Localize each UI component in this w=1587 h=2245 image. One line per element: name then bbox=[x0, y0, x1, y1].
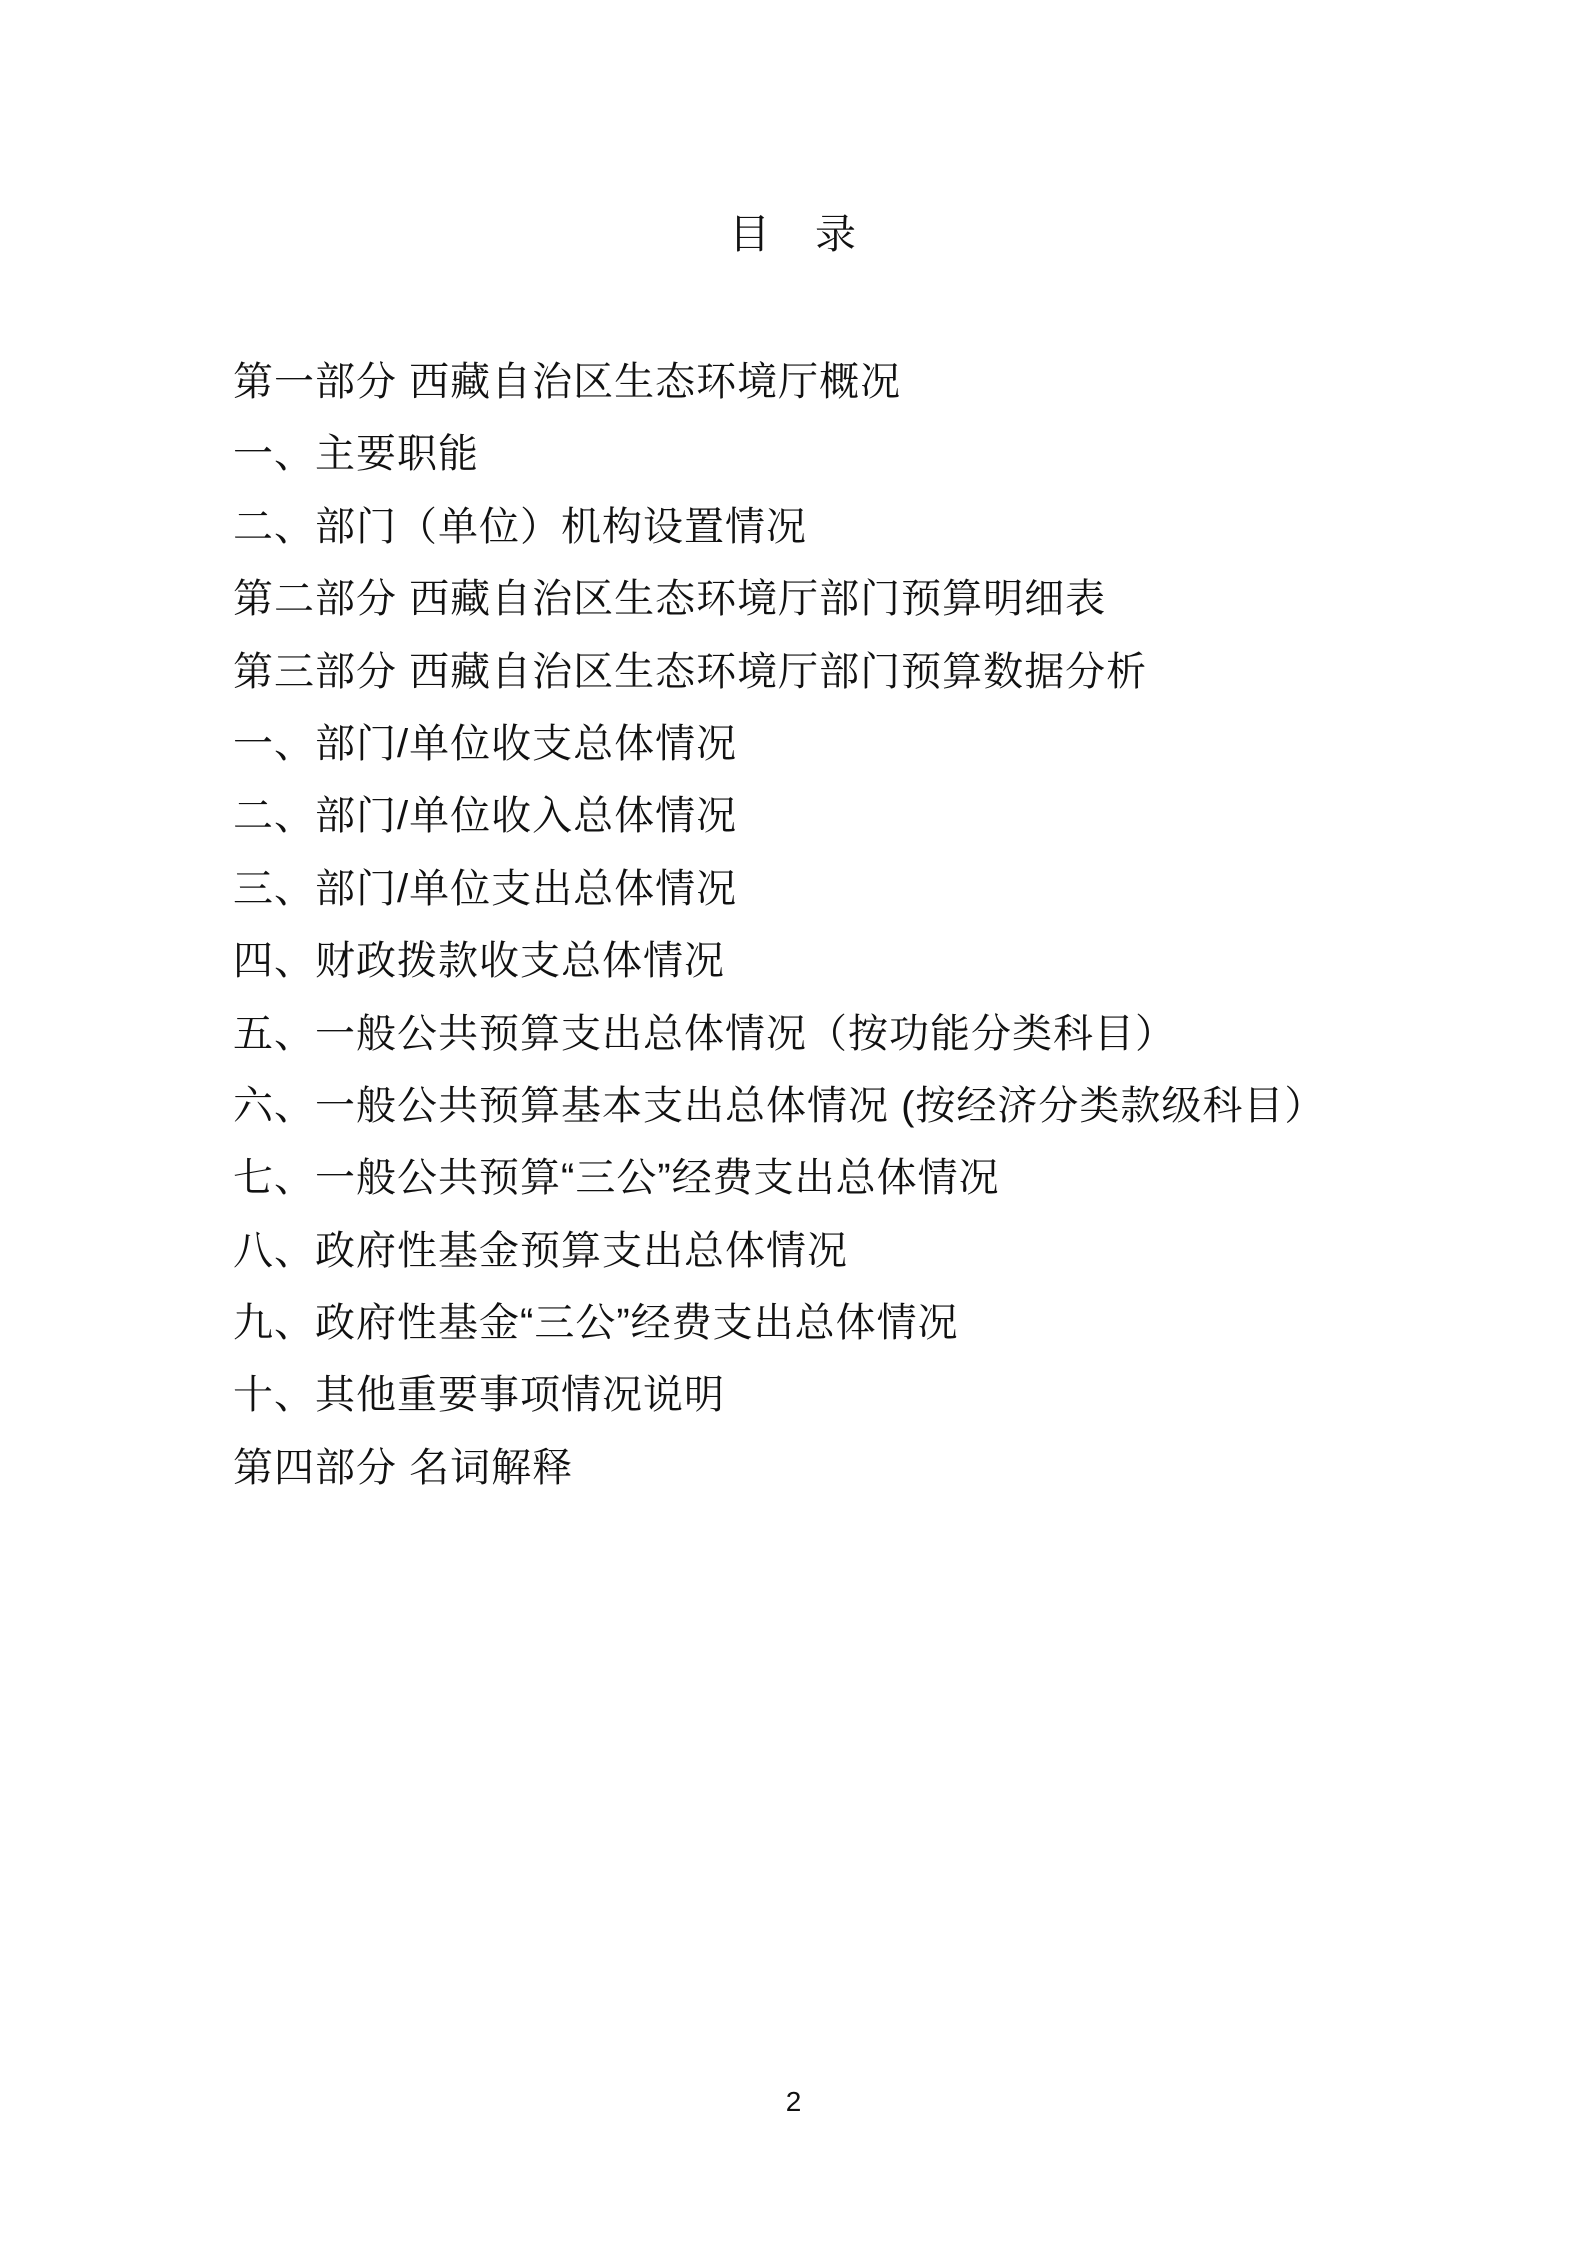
toc-item: 五、一般公共预算支出总体情况（按功能分类科目） bbox=[233, 998, 1487, 1070]
toc-item: 九、政府性基金“三公”经费支出总体情况 bbox=[233, 1287, 1487, 1359]
toc-item: 四、财政拨款收支总体情况 bbox=[233, 925, 1487, 997]
toc-item: 一、主要职能 bbox=[233, 418, 1487, 490]
toc-item: 第三部分 西藏自治区生态环境厅部门预算数据分析 bbox=[233, 636, 1487, 708]
document-page: 目 录 第一部分 西藏自治区生态环境厅概况 一、主要职能 二、部门（单位）机构设… bbox=[0, 0, 1587, 2245]
toc-item: 八、政府性基金预算支出总体情况 bbox=[233, 1215, 1487, 1287]
toc-item: 二、部门/单位收入总体情况 bbox=[233, 780, 1487, 852]
toc-item: 三、部门/单位支出总体情况 bbox=[233, 853, 1487, 925]
toc-item: 第二部分 西藏自治区生态环境厅部门预算明细表 bbox=[233, 563, 1487, 635]
page-title: 目 录 bbox=[0, 198, 1587, 270]
toc-item: 一、部门/单位收支总体情况 bbox=[233, 708, 1487, 780]
page-number: 2 bbox=[0, 2086, 1587, 2118]
toc-item: 六、一般公共预算基本支出总体情况 (按经济分类款级科目） bbox=[233, 1070, 1487, 1142]
toc-list: 第一部分 西藏自治区生态环境厅概况 一、主要职能 二、部门（单位）机构设置情况 … bbox=[233, 346, 1487, 1504]
toc-item: 第一部分 西藏自治区生态环境厅概况 bbox=[233, 346, 1487, 418]
toc-item: 七、一般公共预算“三公”经费支出总体情况 bbox=[233, 1142, 1487, 1214]
toc-item: 第四部分 名词解释 bbox=[233, 1432, 1487, 1504]
toc-item: 十、其他重要事项情况说明 bbox=[233, 1359, 1487, 1431]
toc-item: 二、部门（单位）机构设置情况 bbox=[233, 491, 1487, 563]
